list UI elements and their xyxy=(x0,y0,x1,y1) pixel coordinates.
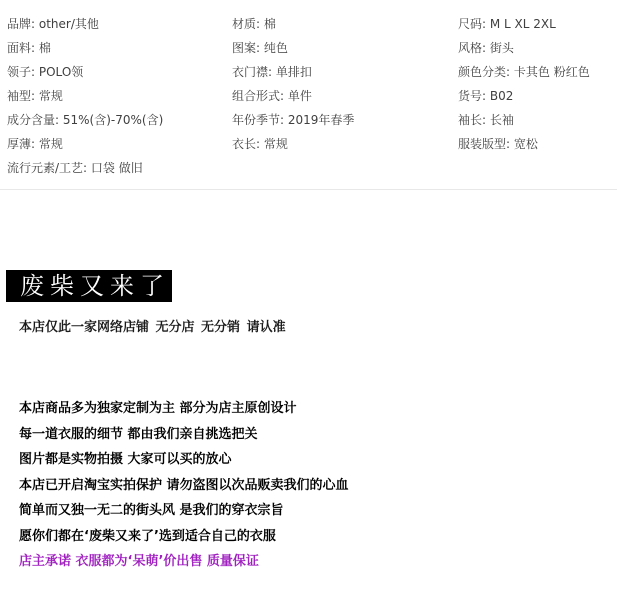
attr-value: 常规 xyxy=(39,89,63,103)
attr-separator: : xyxy=(256,17,264,31)
attr-combination: 组合形式: 单件 xyxy=(232,84,312,108)
attr-season: 年份季节: 2019年春季 xyxy=(232,108,354,132)
attr-style: 风格: 街头 xyxy=(458,36,514,60)
statement-line: 愿你们都在‘废柴又来了’选到适合自己的衣服 xyxy=(19,528,349,554)
attr-color: 颜色分类: 卡其色 粉红色 xyxy=(458,60,590,84)
attr-label: 颜色分类 xyxy=(458,65,506,79)
attr-item-number: 货号: B02 xyxy=(458,84,513,108)
shop-statements: 本店商品多为独家定制为主 部分为店主原创设计 每一道衣服的细节 都由我们亲自挑选… xyxy=(19,400,349,579)
attr-value: 街头 xyxy=(490,41,514,55)
attr-label: 服装版型 xyxy=(458,137,506,151)
attr-label: 成分含量 xyxy=(7,113,55,127)
attr-trend-elements: 流行元素/工艺: 口袋 做旧 xyxy=(7,156,143,180)
attr-separator: : xyxy=(256,137,264,151)
attr-separator: : xyxy=(280,113,288,127)
attr-label: 袖长 xyxy=(458,113,482,127)
attr-label: 尺码 xyxy=(458,17,482,31)
attr-pattern: 图案: 纯色 xyxy=(232,36,288,60)
attr-label: 组合形式 xyxy=(232,89,280,103)
attr-value: other/其他 xyxy=(39,17,99,31)
statement-line: 简单而又独一无二的街头风 是我们的穿衣宗旨 xyxy=(19,502,349,528)
attr-separator: : xyxy=(256,41,264,55)
attr-label: 图案 xyxy=(232,41,256,55)
attr-label: 材质 xyxy=(232,17,256,31)
attr-value: 棉 xyxy=(39,41,51,55)
statement-line: 每一道衣服的细节 都由我们亲自挑选把关 xyxy=(19,426,349,452)
section-divider xyxy=(0,189,617,190)
attr-separator: : xyxy=(31,41,39,55)
attr-separator: : xyxy=(268,65,276,79)
shop-tagline: 本店仅此一家网络店铺 无分店 无分销 请认准 xyxy=(19,316,286,335)
attr-separator: : xyxy=(83,161,91,175)
attr-composition: 成分含量: 51%(含)-70%(含) xyxy=(7,108,163,132)
attr-value: 宽松 xyxy=(514,137,538,151)
attr-separator: : xyxy=(31,137,39,151)
attr-separator: : xyxy=(506,65,514,79)
attr-separator: : xyxy=(280,89,288,103)
attr-separator: : xyxy=(31,65,39,79)
attr-separator: : xyxy=(482,113,490,127)
attr-separator: : xyxy=(506,137,514,151)
attr-length: 衣长: 常规 xyxy=(232,132,288,156)
attr-value: 51%(含)-70%(含) xyxy=(63,113,163,127)
attr-separator: : xyxy=(31,89,39,103)
attr-value: 卡其色 粉红色 xyxy=(514,65,590,79)
attr-label: 厚薄 xyxy=(7,137,31,151)
attr-value: 口袋 做旧 xyxy=(91,161,143,175)
attr-collar: 领子: POLO领 xyxy=(7,60,83,84)
attr-fabric: 面料: 棉 xyxy=(7,36,51,60)
shop-promise: 店主承诺 衣服都为‘呆萌’价出售 质量保证 xyxy=(19,553,349,579)
statement-line: 图片都是实物拍摄 大家可以买的放心 xyxy=(19,451,349,477)
attr-value: 常规 xyxy=(39,137,63,151)
attr-value: POLO领 xyxy=(39,65,83,79)
attr-value: 长袖 xyxy=(490,113,514,127)
attr-label: 袖型 xyxy=(7,89,31,103)
statement-line: 本店已开启淘宝实拍保护 请勿盗图以次品贩卖我们的心血 xyxy=(19,477,349,503)
attr-fit: 服装版型: 宽松 xyxy=(458,132,538,156)
attr-size: 尺码: M L XL 2XL xyxy=(458,12,556,36)
attr-label: 衣门襟 xyxy=(232,65,268,79)
attr-value: B02 xyxy=(490,89,514,103)
attr-separator: : xyxy=(482,17,490,31)
attr-placket: 衣门襟: 单排扣 xyxy=(232,60,312,84)
attr-label: 货号 xyxy=(458,89,482,103)
attr-separator: : xyxy=(55,113,63,127)
attr-separator: : xyxy=(482,41,490,55)
attr-label: 领子 xyxy=(7,65,31,79)
attr-separator: : xyxy=(31,17,39,31)
attr-sleeve-length: 袖长: 长袖 xyxy=(458,108,514,132)
attr-label: 衣长 xyxy=(232,137,256,151)
attr-label: 风格 xyxy=(458,41,482,55)
attr-separator: : xyxy=(482,89,490,103)
attr-value: 2019年春季 xyxy=(288,113,355,127)
attr-label: 品牌 xyxy=(7,17,31,31)
statement-line: 本店商品多为独家定制为主 部分为店主原创设计 xyxy=(19,400,349,426)
attr-value: M L XL 2XL xyxy=(490,17,556,31)
shop-name-banner: 废柴又来了 xyxy=(6,270,172,302)
attr-value: 单件 xyxy=(288,89,312,103)
attr-value: 纯色 xyxy=(264,41,288,55)
attr-material: 材质: 棉 xyxy=(232,12,276,36)
attr-value: 常规 xyxy=(264,137,288,151)
attr-label: 流行元素/工艺 xyxy=(7,161,83,175)
attr-label: 面料 xyxy=(7,41,31,55)
attr-brand: 品牌: other/其他 xyxy=(7,12,99,36)
attr-label: 年份季节 xyxy=(232,113,280,127)
attr-value: 单排扣 xyxy=(276,65,312,79)
attr-value: 棉 xyxy=(264,17,276,31)
attr-sleeve-type: 袖型: 常规 xyxy=(7,84,63,108)
attr-thickness: 厚薄: 常规 xyxy=(7,132,63,156)
